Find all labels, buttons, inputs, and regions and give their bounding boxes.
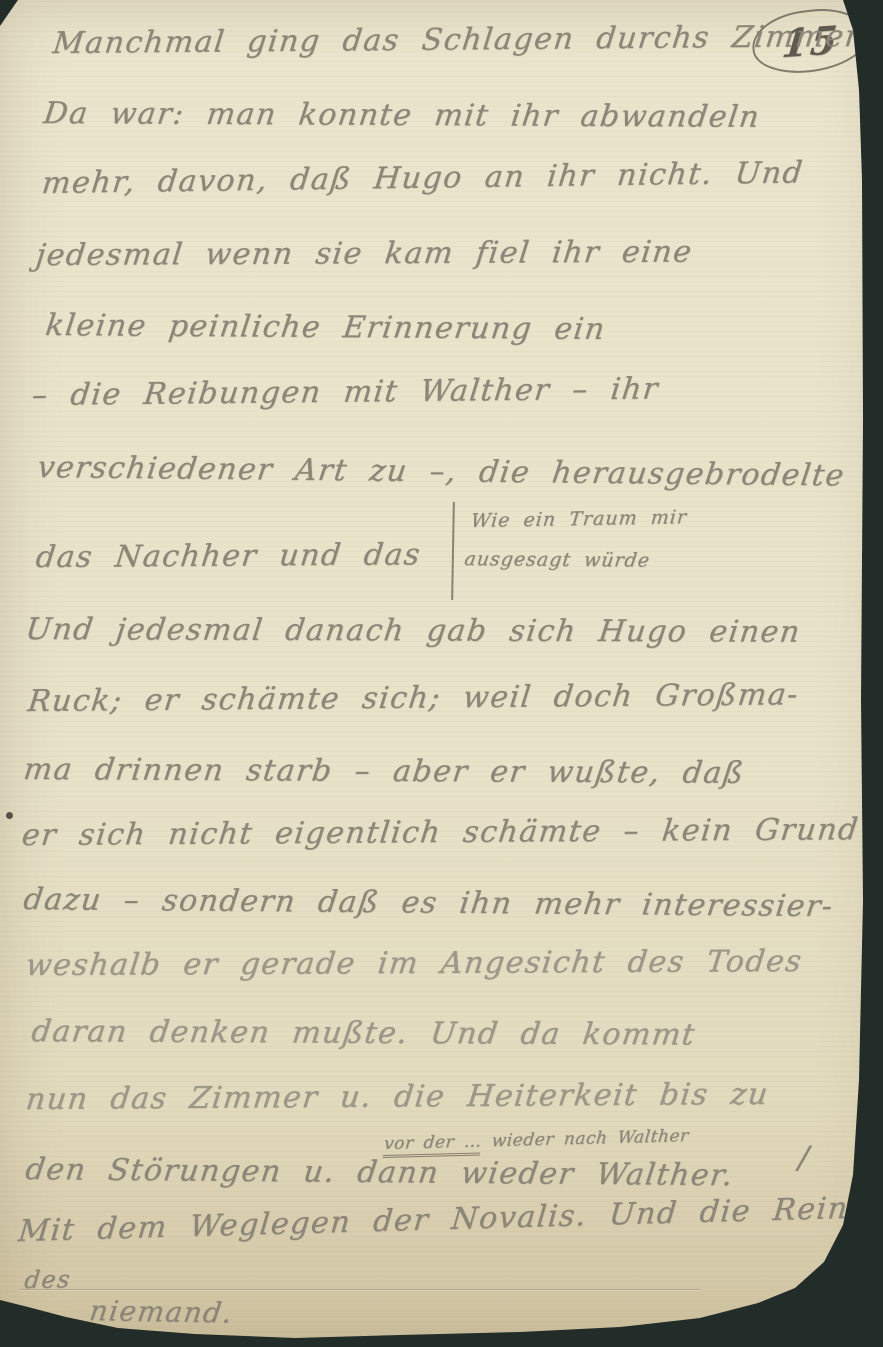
handwriting-line-19a: des — [23, 1265, 72, 1294]
insertion-rest: wieder nach Walther — [481, 1126, 690, 1151]
handwriting-line-18: Mit dem Weglegen der Novalis. Und die Re… — [17, 1190, 873, 1249]
paper-sheet: 15 Manchmal ging das Schlagen durchs Zim… — [0, 0, 883, 1347]
insertion-underlined-words: vor der … — [383, 1131, 483, 1158]
handwriting-line-15: daran denken mußte. Und da kommt — [30, 1014, 698, 1052]
handwriting-line-11: ma drinnen starb – aber er wußte, daß — [22, 752, 747, 791]
handwriting-line-17: den Störungen u. dann wieder Walther. — [23, 1152, 736, 1193]
handwriting-line-8: das Nachher und das — [34, 537, 423, 575]
handwriting-line-10: Ruck; er schämte sich; weil doch Großma- — [26, 677, 801, 719]
handwriting-line-1: Manchmal ging das Schlagen durchs Zimmer — [51, 19, 863, 61]
handwriting-line-4: jedesmal wenn sie kam fiel ihr eine — [34, 235, 695, 273]
handwriting-line-13: dazu – sondern daß es ihn mehr interessi… — [21, 882, 835, 924]
side-note-divider — [451, 502, 455, 600]
handwriting-line-12: er sich nicht eigentlich schämte – kein … — [20, 812, 861, 853]
handwriting-line-16: nun das Zimmer u. die Heiterkeit bis zu — [24, 1077, 771, 1117]
paper-crease — [20, 1289, 700, 1290]
handwriting-line-5: kleine peinliche Erinnerung ein — [43, 308, 607, 347]
handwriting-line-9: Und jedesmal danach gab sich Hugo einen — [24, 612, 803, 650]
interlinear-insertion: vor der … wieder nach Walther — [383, 1126, 690, 1154]
handwriting-line-19b: niemand. — [87, 1294, 235, 1330]
handwriting-line-14: weshalb er gerade im Angesicht des Todes — [24, 944, 805, 983]
handwriting-line-7: verschiedener Art zu –, die herausgebrod… — [35, 450, 847, 493]
side-note-line-2: ausgesagt würde — [463, 548, 651, 572]
handwriting-line-2: Da war: man konnte mit ihr abwandeln — [42, 96, 763, 135]
handwriting-line-6: – die Reibungen mit Walther – ihr — [30, 371, 661, 413]
side-note-line-1: Wie ein Traum mir — [470, 506, 688, 532]
margin-dot — [6, 812, 13, 819]
handwriting-line-3: mehr, davon, daß Hugo an ihr nicht. Und — [40, 155, 805, 201]
manuscript-page: 15 Manchmal ging das Schlagen durchs Zim… — [0, 0, 883, 1347]
pencil-check-mark: ∕ — [794, 1137, 814, 1179]
